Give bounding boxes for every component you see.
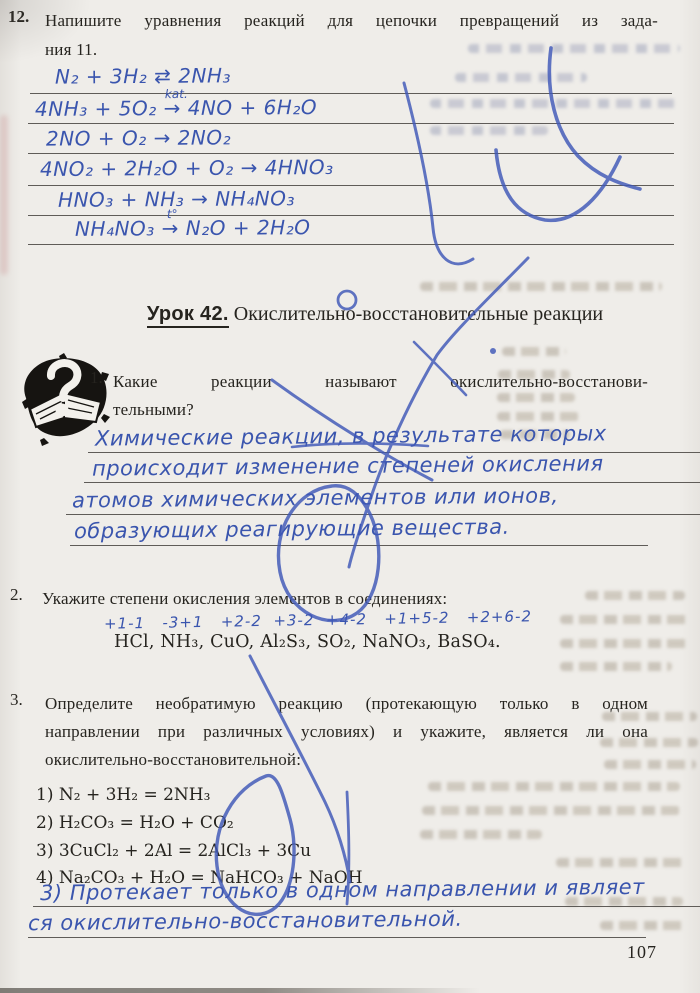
bleedthrough-smudge (430, 99, 682, 108)
answer-line (84, 482, 700, 483)
ruled-line (28, 123, 674, 124)
q3-answer-row2: ся окислительно-восстановительной. (28, 907, 463, 936)
equation-note-kat: kat. (165, 87, 188, 101)
equation-note-temperature: t° (167, 207, 178, 221)
bleedthrough-smudge (560, 662, 672, 671)
task12-text-line2: ния 11. (45, 36, 97, 64)
bleedthrough-smudge (600, 921, 688, 930)
answer-line (70, 545, 648, 546)
q1-answer-row4: образующих реагирующие вещества. (74, 515, 510, 544)
scan-edge (0, 988, 480, 993)
ink-smear (0, 115, 8, 275)
task12-number: 12. (8, 7, 29, 27)
q3-text-line3: окислительно-восстановительной: (45, 746, 301, 774)
page-number: 107 (627, 942, 657, 963)
lesson-title: Окислительно-восстановительные реакции (234, 303, 603, 325)
handwritten-equation-6-text: NH₄NO₃ → N₂O + 2H₂O (75, 215, 311, 241)
task12-text-line1: Напишите уравнения реакций для цепочки п… (45, 7, 658, 35)
ruled-line (28, 185, 674, 186)
handwritten-equation-4: 4NO₂ + 2H₂O + O₂ → 4HNO₃ (40, 155, 334, 181)
q3-item-1: 1) N₂ + 3H₂ = 2NH₃ (36, 781, 210, 809)
handwritten-equation-6: t° NH₄NO₃ → N₂O + 2H₂O (75, 215, 311, 241)
bleedthrough-smudge (502, 347, 566, 356)
q1-text-line2: тельными? (113, 396, 194, 424)
bleedthrough-smudge (497, 412, 579, 421)
bleedthrough-smudge (604, 760, 696, 769)
bleedthrough-smudge (420, 282, 662, 291)
lesson-number-label: Урок 42. (147, 303, 229, 328)
bleedthrough-smudge (455, 73, 587, 82)
bleedthrough-smudge (556, 858, 686, 867)
workbook-page: 12. Напишите уравнения реакций для цепоч… (0, 0, 700, 993)
bleedthrough-smudge (560, 615, 688, 624)
answer-line (66, 514, 700, 515)
bleedthrough-smudge (585, 591, 685, 600)
q2-formulas: HCl, NH₃, CuO, Al₂S₃, SO₂, NaNO₃, BaSO₄. (114, 628, 501, 656)
handwritten-equation-1: N₂ + 3H₂ ⇄ 2NH₃ (55, 63, 231, 88)
handwritten-equation-2: kat. 4NH₃ + 5O₂ → 4NO + 6H₂O (35, 95, 317, 121)
bleedthrough-smudge (430, 126, 548, 135)
q3-item-2: 2) H₂CO₃ = H₂O + CO₂ (36, 809, 234, 837)
bleedthrough-smudge (422, 806, 680, 815)
q1-text-line1: Какие реакции называют окислительно-восс… (113, 368, 648, 396)
q3-number: 3. (10, 690, 23, 710)
ruled-line (28, 153, 674, 154)
q1-number: 1. (90, 368, 103, 388)
q3-answer-row1: 3) Протекает только в одном направлении … (40, 875, 645, 905)
ruled-line (30, 93, 672, 94)
answer-line (28, 937, 646, 938)
lesson-heading: Урок 42. Окислительно-восстановительные … (95, 303, 655, 326)
q1-answer-row2: происходит изменение степеней окисления (92, 451, 604, 480)
bleedthrough-smudge (428, 782, 680, 791)
q3-text-line1: Определите необратимую реакцию (протекаю… (45, 690, 648, 718)
handwritten-equation-3: 2NO + O₂ → 2NO₂ (46, 125, 231, 150)
bleedthrough-smudge (560, 639, 688, 648)
ruled-line (28, 244, 674, 245)
bleedthrough-smudge (468, 44, 680, 53)
q3-item-3: 3) 3CuCl₂ + 2Al = 2AlCl₃ + 3Cu (36, 837, 311, 865)
q1-answer-row3: атомов химических элементов или ионов, (72, 483, 559, 512)
q1-answer-row1: Химические реакции, в результате которых (95, 421, 607, 450)
q3-text-line2: направлении при различных условиях) и ук… (45, 718, 648, 746)
q2-number: 2. (10, 585, 23, 605)
bleedthrough-smudge (420, 830, 542, 839)
